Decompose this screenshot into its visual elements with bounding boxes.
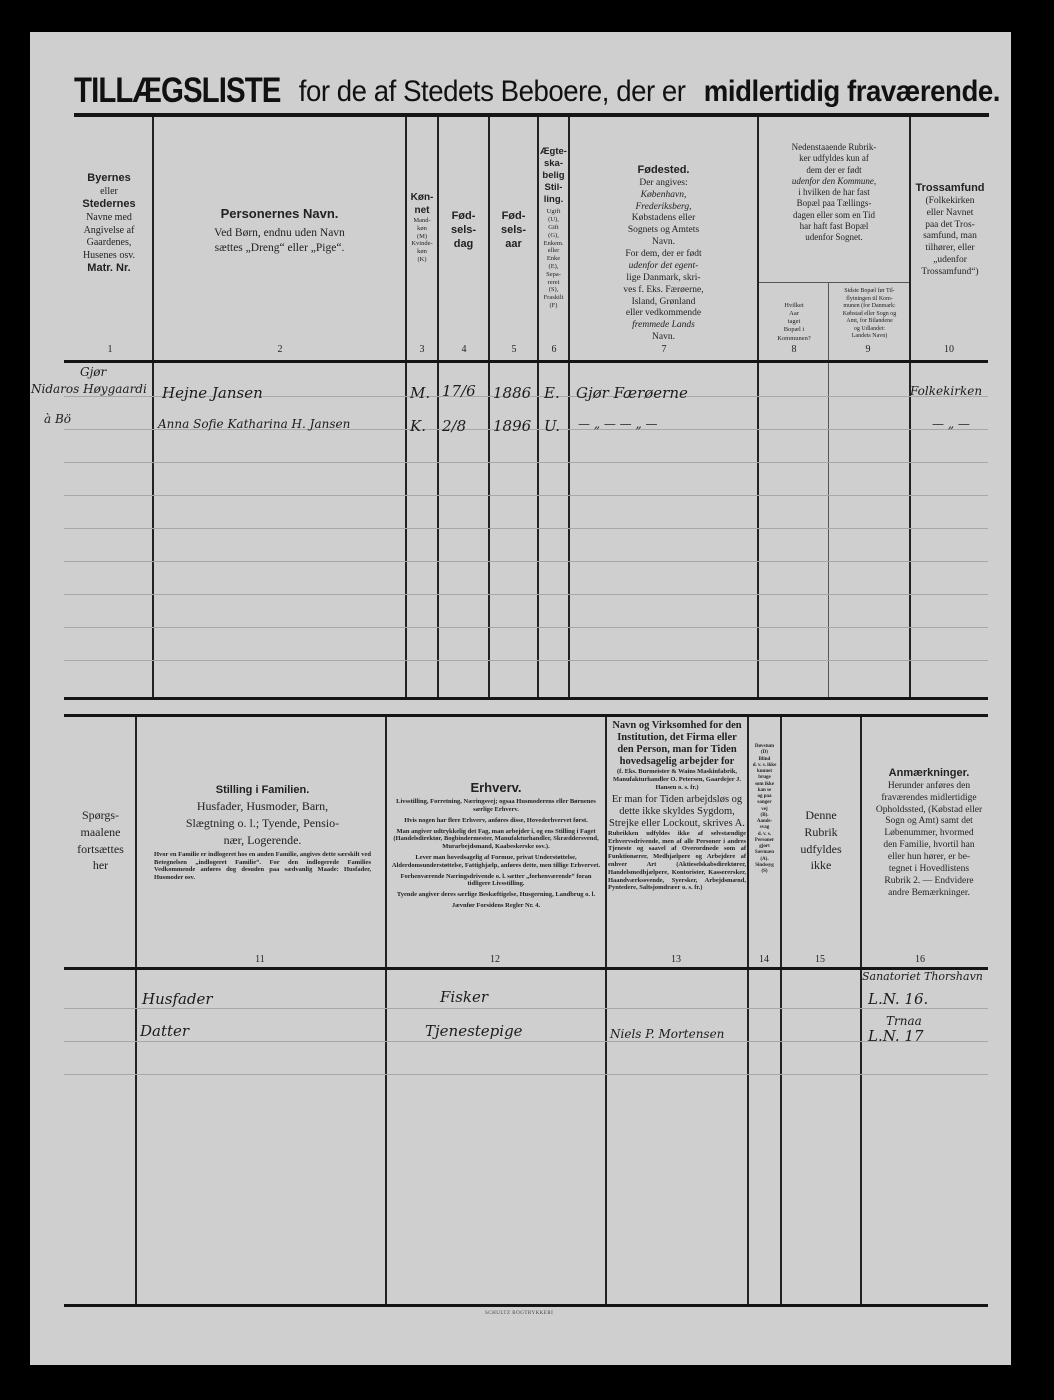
birthplace: — „ — — „ — <box>578 417 658 431</box>
sex: M. <box>410 384 430 402</box>
header-col-3: Køn- net Mand- køn (M) Kvinde- køn (K) <box>407 192 437 264</box>
header-text: udenfor den Kommune, <box>792 176 876 186</box>
header-text: eller vedkommende <box>570 308 757 320</box>
title-main: TILLÆGSLISTE <box>74 70 280 111</box>
col-divider <box>152 117 154 698</box>
census-form-page: TILLÆGSLISTE for de af Stedets Beboere, … <box>30 32 1011 1365</box>
header-text: Livsstilling, Forretning, Næringsvej; og… <box>390 798 602 814</box>
column-number: 13 <box>666 954 686 965</box>
header-text: paa det Tros- <box>911 220 989 232</box>
header-text: tegnet i Hovedlistens <box>864 864 994 876</box>
table-bottom-rule <box>64 697 988 700</box>
header-text: (Folkekirken <box>911 196 989 208</box>
header-text: Mand- <box>407 217 437 225</box>
header-text: Husenes osv. <box>66 250 152 263</box>
form-title: TILLÆGSLISTE for de af Stedets Beboere, … <box>74 72 920 112</box>
header-col-7: Fødested. Der angives: København, Freder… <box>570 164 757 344</box>
header-text: fremmede Lands <box>632 320 695 330</box>
header-title: Erhverv. <box>390 780 602 796</box>
column-number: 14 <box>754 954 774 965</box>
header-text: Nedenstaaende Rubrik- <box>759 142 909 153</box>
header-text: Herunder anføres den <box>864 781 994 793</box>
header-text: Aar <box>760 310 828 318</box>
header-text: Kvinde- <box>407 240 437 248</box>
header-title: Personernes Navn. <box>154 206 405 222</box>
place-line: Gjør <box>80 365 106 379</box>
header-continued: Spørgs- maalene fortsættes her <box>66 807 135 874</box>
header-text: eller <box>66 186 152 199</box>
header-text: lige Danmark, skri- <box>570 273 757 285</box>
header-text: dagen eller som en Tid <box>759 210 909 221</box>
header-text: For dem, der er født <box>570 249 757 261</box>
table-top-rule <box>64 714 988 717</box>
column-number: 11 <box>250 954 270 965</box>
header-text: udenfor det egent- <box>629 261 699 271</box>
header-text: nær, Logerende. <box>140 832 385 849</box>
header-title: Stilling i Familien. <box>140 783 385 798</box>
header-text: køn <box>407 225 437 233</box>
row-line <box>64 1074 988 1075</box>
header-col-2: Personernes Navn. Ved Børn, endnu uden N… <box>154 206 405 255</box>
header-text: København, <box>641 190 687 200</box>
column-number: 8 <box>784 344 804 355</box>
marital-status: E. <box>544 384 560 402</box>
header-text: Ved Børn, endnu uden Navn <box>154 226 405 240</box>
header-text: ves f. Eks. Færøerne, <box>570 285 757 297</box>
header-text: Kommunen? <box>760 335 828 343</box>
header-text: Er man for Tiden arbejdsløs og dette ikk… <box>608 794 746 830</box>
column-number: 5 <box>504 344 524 355</box>
remark-line: Trnaa <box>886 1014 922 1028</box>
column-number: 7 <box>654 344 674 355</box>
header-text: eller hun hører, er be- <box>864 852 994 864</box>
header-text: Hvis nogen har flere Erhverv, anføres di… <box>390 817 602 825</box>
header-text: Frederiksberg, <box>635 202 691 212</box>
header-text: (K) <box>407 256 437 264</box>
place-line: à Bö <box>44 412 71 426</box>
table-bottom-rule <box>64 1304 988 1307</box>
header-text: fraværendes midlertidige <box>864 793 994 805</box>
column-number: 6 <box>544 344 564 355</box>
row-line <box>64 462 988 463</box>
header-text: Spørgs- <box>66 807 135 824</box>
row-line <box>64 561 988 562</box>
column-number: 12 <box>485 954 505 965</box>
row-line <box>64 594 988 595</box>
col-divider <box>780 717 782 1305</box>
header-text: Navne med <box>66 212 152 225</box>
header-text: Man angiver udtrykkelig det Fag, man arb… <box>390 828 602 851</box>
header-col-14: Døvstum(D)Blindd. v. s. ikkekunnetbruges… <box>749 744 780 875</box>
header-text: Sidste Bopæl før Til- <box>830 288 909 296</box>
header-text: andre Bemærkninger. <box>864 888 994 900</box>
header-text: Opholdssted, (Købstad eller <box>864 805 994 817</box>
family-position: Husfader <box>142 990 213 1008</box>
header-text: „udenfor <box>911 255 989 267</box>
remark-line: L.N. 17 <box>868 1027 924 1045</box>
column-number: 2 <box>270 344 290 355</box>
header-text: Bopæl i <box>760 326 828 334</box>
header-text: dem der er født <box>759 165 909 176</box>
header-text: Amt, for Bilandene <box>830 318 909 326</box>
occupation: Fisker <box>440 988 488 1006</box>
header-text: udfyldes <box>782 841 860 858</box>
religion: Folkekirken <box>910 384 982 398</box>
header-text: Landets Navn) <box>830 333 909 341</box>
header-col-13: Navn og Virksomhed for den Institution, … <box>608 720 746 892</box>
col-divider <box>605 717 607 1305</box>
header-text: Trossamfund“) <box>911 267 989 279</box>
header-col-16: Anmærkninger. Herunder anføres den fravæ… <box>864 767 994 900</box>
header-text: Forhenværende Næringsdrivende o. l. sætt… <box>390 873 602 889</box>
header-title: Trossamfund <box>911 182 989 196</box>
birth-year: 1896 <box>493 417 531 435</box>
person-name: Hejne Jansen <box>162 384 263 402</box>
header-text: Matr. Nr. <box>66 262 152 276</box>
row-line <box>64 528 988 529</box>
title-rule <box>74 113 989 117</box>
header-text: flytningen til Kom- <box>830 296 909 304</box>
birth-year: 1886 <box>493 384 531 402</box>
header-text: Angivelse af <box>66 225 152 238</box>
header-text: Island, Grønland <box>570 297 757 309</box>
header-text: Tyende angiver deres særlige Beskæftigel… <box>390 891 602 899</box>
header-col-10: Trossamfund (Folkekirken eller Navnet pa… <box>911 182 989 279</box>
col-divider <box>135 717 137 1305</box>
row-line <box>64 627 988 628</box>
header-col-12: Erhverv. Livsstilling, Forretning, Nærin… <box>390 780 602 910</box>
header-text: Der angives: <box>570 178 757 190</box>
column-number: 1 <box>100 344 120 355</box>
header-text: Gaardenes, <box>66 237 152 250</box>
header-text: (M) <box>407 233 437 241</box>
remark-line: L.N. 16. <box>868 990 928 1008</box>
header-text: har haft fast Bopæl <box>759 221 909 232</box>
header-note: Rubrikken udfyldes ikke af selvstændige … <box>608 830 746 892</box>
birth-day: 2/8 <box>442 417 466 435</box>
header-text: Bopæl paa Tællings- <box>759 198 909 209</box>
header-col-9: Sidste Bopæl før Til- flytningen til Kom… <box>830 288 909 341</box>
header-text: Købstad eller Sogn og <box>830 311 909 319</box>
marital-status: U. <box>544 417 560 435</box>
header-text: Sognets og Amtets <box>570 225 757 237</box>
header-text: Husfader, Husmoder, Barn, <box>140 798 385 815</box>
header-title: Navn og Virksomhed for den Institution, … <box>608 720 746 768</box>
header-text: Slægtning o. l.; Tyende, Pensio- <box>140 815 385 832</box>
header-col-6: Ægte-ska-beligStil-ling. Ugift(U),Gift(G… <box>539 146 568 310</box>
header-col-15: Denne Rubrik udfyldes ikke <box>782 807 860 874</box>
header-rule <box>64 967 988 970</box>
header-text: Løbenummer, hvormed <box>864 828 994 840</box>
header-text: Rubrik <box>782 824 860 841</box>
header-text: fortsættes <box>66 841 135 858</box>
sex: K. <box>410 417 426 435</box>
header-text: køn <box>407 248 437 256</box>
header-text: udenfor Sognet. <box>759 232 909 243</box>
header-text: Købstadens eller <box>570 213 757 225</box>
religion: — „ — <box>932 417 970 431</box>
header-col-4: Fød-sels-dag <box>439 210 488 251</box>
header-text: Rubrik 2. — Endvidere <box>864 876 994 888</box>
employer: Niels P. Mortensen <box>610 1027 724 1041</box>
column-number: 15 <box>810 954 830 965</box>
birth-day: 17/6 <box>442 382 476 400</box>
header-note: Hvor en Familie er indlogeret hos en and… <box>140 849 385 882</box>
header-title: Anmærkninger. <box>864 767 994 781</box>
header-text: den Familie, hvortil han <box>864 840 994 852</box>
header-title: Fødested. <box>570 164 757 178</box>
header-text: her <box>66 857 135 874</box>
header-text: Hvilket <box>760 302 828 310</box>
col-divider-sub <box>828 282 829 698</box>
header-text: ikke <box>782 857 860 874</box>
subheader-rule <box>759 282 909 283</box>
header-text: ker udfyldes kun af <box>759 153 909 164</box>
column-number: 16 <box>910 954 930 965</box>
header-text: munen (for Danmark: <box>830 303 909 311</box>
col-divider <box>860 717 862 1305</box>
header-text: taget <box>760 318 828 326</box>
column-number: 9 <box>858 344 878 355</box>
remark-line: Sanatoriet Thorshavn <box>862 970 983 983</box>
header-col-5: Fød-sels-aar <box>490 210 537 251</box>
person-name: Anna Sofie Katharina H. Jansen <box>158 417 350 431</box>
header-col-11: Stilling i Familien. Husfader, Husmoder,… <box>140 783 385 882</box>
header-text: eller Navnet <box>911 208 989 220</box>
row-line <box>64 495 988 496</box>
header-text: og Udlandet: <box>830 326 909 334</box>
header-text: samfund, man <box>911 231 989 243</box>
header-text: Navn. <box>570 237 757 249</box>
col-divider <box>385 717 387 1305</box>
header-col-8: Hvilket Aar taget Bopæl i Kommunen? <box>760 302 828 343</box>
printer-imprint: SCHULTZ BOGTRYKKERI <box>485 1311 553 1316</box>
row-line <box>64 660 988 661</box>
header-text: i hvilken de har fast <box>759 187 909 198</box>
header-text: Navn. <box>570 332 757 344</box>
header-col-1: Byernes eller Stedernes Navne med Angive… <box>66 172 152 276</box>
birthplace: Gjør Færøerne <box>576 384 688 402</box>
header-text: (f. Eks. Burmeister & Wains Maskinfabrik… <box>608 768 746 791</box>
header-text: Lever man hovedsagelig af Formue, privat… <box>390 854 602 870</box>
col-divider <box>488 117 490 698</box>
header-text: Stedernes <box>66 198 152 212</box>
family-position: Datter <box>140 1022 189 1040</box>
header-text: maalene <box>66 824 135 841</box>
header-rule <box>64 360 988 363</box>
row-line <box>64 1008 988 1009</box>
place-line: Nidaros Høygaardi <box>31 382 147 396</box>
column-number: 4 <box>454 344 474 355</box>
header-text: tilhører, eller <box>911 243 989 255</box>
header-col-8-9: Nedenstaaende Rubrik- ker udfyldes kun a… <box>759 142 909 243</box>
header-text: Jævnfør Forsidens Regler Nr. 4. <box>390 902 602 910</box>
occupation: Tjenestepige <box>425 1022 523 1040</box>
title-emphasis: midlertidig fraværende. <box>704 75 1000 108</box>
header-text: Denne <box>782 807 860 824</box>
header-text: Byernes <box>66 172 152 186</box>
col-divider <box>437 117 439 698</box>
row-line <box>64 1041 988 1042</box>
column-number: 10 <box>939 344 959 355</box>
title-middle: for de af Stedets Beboere, der er <box>299 75 686 108</box>
header-text: sættes „Dreng“ eller „Pige“. <box>154 241 405 255</box>
column-number: 3 <box>412 344 432 355</box>
header-text: Sogn og Amt) samt det <box>864 816 994 828</box>
